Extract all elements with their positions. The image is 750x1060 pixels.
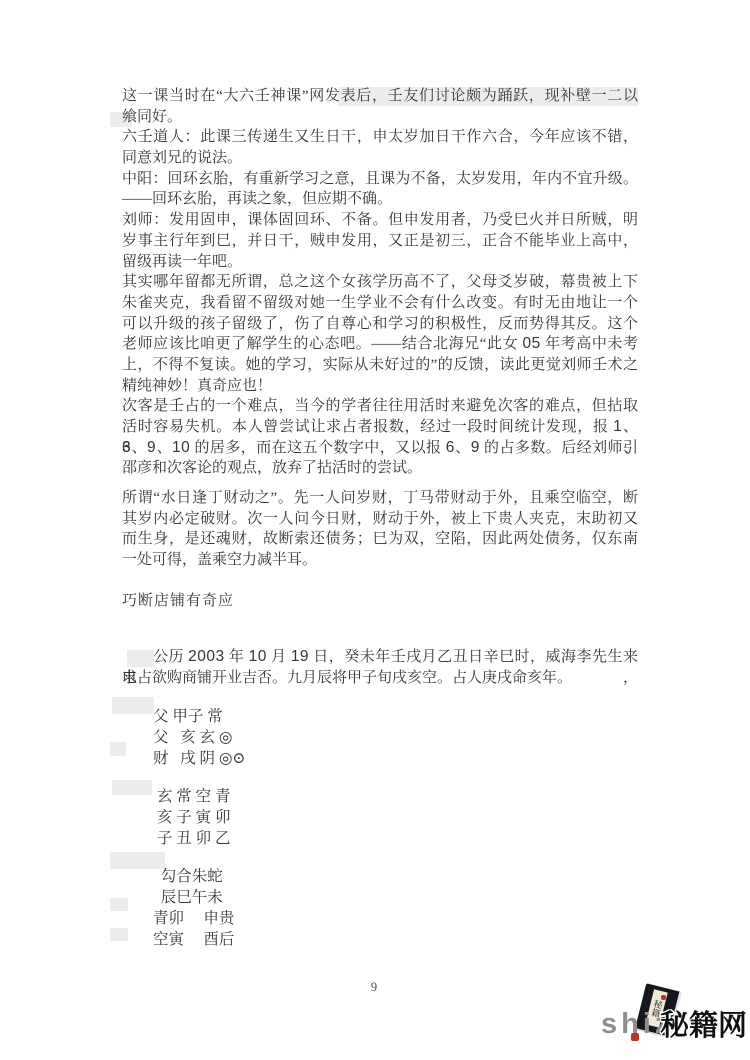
text-line: 其岁内必定破财。次一人问今日财，财动于外，被上下贵人夹克，末助初又 [122, 509, 638, 530]
watermark-cjk-text: 秘籍网 [660, 1003, 747, 1044]
text-line: 次客是壬占的一个难点，当今的学者往往用活时来避免次客的难点，但拈取 [122, 396, 638, 417]
text-line [122, 479, 638, 488]
watermark: 秘籍 shiz 秘籍网 [598, 982, 750, 1060]
chart-line: 财 戌 阴 ◎⊙ [153, 748, 245, 769]
case-intro: 公历 2003 年 10 月 19 日，癸未年壬戌月乙丑日辛巳时，威海李先生来电… [122, 647, 638, 688]
chart-line: 勾合朱蛇 [153, 866, 245, 887]
numeral: 10 [249, 648, 267, 665]
numeral: 1 [613, 418, 622, 435]
section-title: 巧断店铺有奇应 [122, 589, 234, 610]
text-line: 活时容易失机。本人曾尝试让求占者报数，经过一段时间统计发现，报 1、3、 [122, 417, 638, 438]
text-line: 朱雀夹克，我看留不留级对她一生学业不会有什么改变。有时无由地让一个 [122, 293, 638, 314]
numeral: 9 [471, 439, 480, 456]
text-line: 老师应该比咱更了解学生的心态吧。——结合北海兄“此女 05 年考高中未考 [122, 334, 638, 355]
text-line: 6、9、10 的居多，而在这五个数字中，又以报 6、9 的占多数。后经刘师引 [122, 438, 638, 459]
case-line: 求占欲购商铺开业吉否。九月辰将甲子旬戌亥空。占人庚戌命亥年。 [122, 668, 638, 689]
chart-line [153, 849, 245, 866]
text-line: 这一课当时在“大六壬神课”网发表后，壬友们讨论颇为踊跃，现补壁一二以 [122, 86, 638, 107]
numeral: 2003 [188, 648, 224, 665]
text-line: 邵彦和次客论的观点，放弃了拈活时的尝试。 [122, 458, 638, 479]
chart-line: 父 甲子 常 [153, 706, 245, 727]
numeral: 05 [523, 335, 541, 352]
body-text: 这一课当时在“大六壬神课”网发表后，壬友们讨论颇为踊跃，现补壁一二以飨同好。六壬… [122, 86, 638, 571]
text-line: 飨同好。 [122, 107, 638, 128]
chart-line: 青卯 申贵 [153, 908, 245, 929]
numeral: 6 [446, 439, 455, 456]
chart-line: 子 丑 卯 乙 [153, 828, 245, 849]
chart-line: 父 亥 玄 ◎ [153, 727, 245, 748]
text-line: 而生身，是还魂财，故断索还债务；巳为双，空陷，因此两处债务，仅东南 [122, 529, 638, 550]
page-number: 9 [362, 980, 386, 995]
text-line: 其实哪年留都无所谓，总之这个女孩学历高不了，父母爻岁破，幕贵被上下 [122, 272, 638, 293]
text-line: 同意刘兄的说法。 [122, 148, 638, 169]
scan-artifact [110, 928, 128, 941]
text-line: ——回环玄胎，再读之象，但应期不确。 [122, 189, 638, 210]
text-line: 一处可得，盖乘空力减半耳。 [122, 550, 638, 571]
text-line: 精纯神妙！真奇应也！ [122, 376, 638, 397]
numeral: 6 [122, 439, 131, 456]
chart-line: 辰巳午未 [153, 887, 245, 908]
chart-line: 玄 常 空 青 [153, 786, 245, 807]
numeral: 19 [291, 648, 309, 665]
chart-line: 空寅 酉后 [153, 929, 245, 950]
text-line: 岁事主行年到巳，并日干，贼申发用，又正是初三，正合不能毕业上高中， [122, 231, 638, 252]
scan-artifact [110, 742, 126, 756]
document-page: 这一课当时在“大六壬神课”网发表后，壬友们讨论颇为踊跃，现补壁一二以飨同好。六壬… [0, 0, 750, 1060]
liuren-chart: 父 甲子 常父 亥 玄 ◎财 戌 阴 ◎⊙ 玄 常 空 青 亥 子 寅 卯 子 … [153, 706, 245, 950]
numeral: 9 [147, 439, 156, 456]
text-line: 中阳：回环玄胎，有重新学习之意，且课为不备，太岁发用，年内不宜升级。 [122, 169, 638, 190]
chart-line: 亥 子 寅 卯 [153, 807, 245, 828]
seal-dot-icon [661, 995, 666, 1000]
scan-artifact [112, 780, 152, 795]
text-line: 上，不得不复读。她的学习，实际从未好过的”的反馈，读此更觉刘师壬术之 [122, 355, 638, 376]
chart-line [153, 769, 245, 786]
scan-artifact [110, 898, 128, 911]
text-line: 刘师：发用固申，课体固回环、不备。但申发用者，乃受巳火并日所贼，明 [122, 210, 638, 231]
scan-artifact [112, 697, 154, 714]
text-line: 留级再读一年吧。 [122, 252, 638, 273]
text-line: 所谓“水日逢丁财动之”。先一人问岁财，丁马带财动于外，且乘空临空，断 [122, 488, 638, 509]
text-line: 六壬道人：此课三传递生又生日干，申太岁加日干作六合，今年应该不错， [122, 127, 638, 148]
case-line: 公历 2003 年 10 月 19 日，癸未年壬戌月乙丑日辛巳时，威海李先生来电… [122, 647, 638, 668]
numeral: 10 [172, 439, 190, 456]
text-line: 可以升级的孩子留级了，伤了自尊心和学习的积极性，反而势得其反。这个 [122, 314, 638, 335]
